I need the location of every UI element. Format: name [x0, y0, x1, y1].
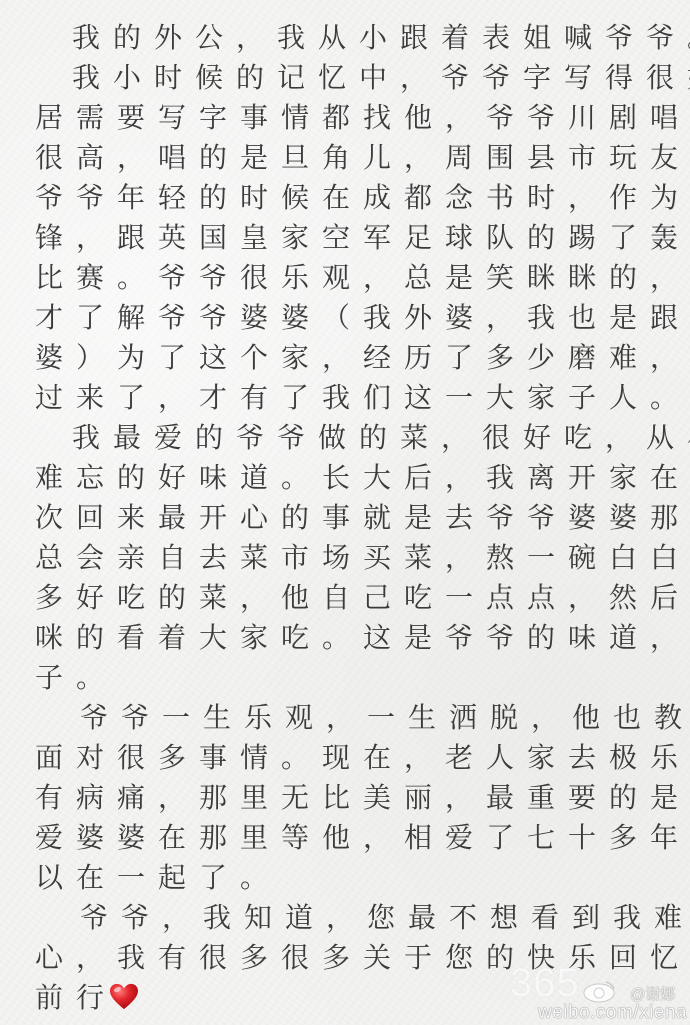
paragraph-2-line-4: 爷爷年轻的时候在成都念书时，作为足球队的前 — [35, 178, 690, 218]
paragraph-3-line-3: 次回来最开心的事就是去爷爷婆婆那里吃饭，爷爷 — [35, 498, 690, 538]
paragraph-3-line-2: 难忘的好味道。长大后，我离开家在外面工作，每 — [35, 458, 690, 498]
paragraph-2-line-2: 居需要写字事情都找他，爷爷川剧唱得很好，嗓子 — [35, 98, 690, 138]
weibo-url: weibo.com/xiena — [538, 1002, 687, 1024]
weibo-handle: @谢娜 — [630, 983, 675, 1004]
paragraph-3-line-6: 咪的看着大家吃。这是爷爷的味道，我会记一辈 — [35, 618, 690, 658]
paragraph-5-line-2: 心，我有很多很多关于您的快乐回忆让我可以温暖 — [35, 938, 690, 978]
note-image: 我的外公，我从小跟着表姐喊爷爷。 我小时候的记忆中，爷爷字写得很好，街坊邻 居需… — [0, 0, 690, 1025]
paragraph-3-line-4: 总会亲自去菜市场买菜，熬一碗白白的鱼汤，做很 — [35, 538, 690, 578]
heart-icon — [109, 983, 139, 1011]
paragraph-5-line-3: 前行 — [35, 978, 139, 1018]
paragraph-4-line-1: 爷爷一生乐观，一生洒脱，他也教我要乐观的 — [80, 698, 690, 738]
paragraph-4-line-3: 有病痛，那里无比美丽，最重要的是，还有我最的 — [35, 778, 690, 818]
paragraph-3-line-7: 子。 — [35, 658, 117, 698]
weibo-eye-icon — [582, 979, 616, 1005]
paragraph-2-line-5: 锋，跟英国皇家空军足球队的踢了轰动全国的精彩 — [35, 218, 690, 258]
paragraph-3-line-5: 多好吃的菜，他自己吃一点点，然后就在旁边笑咪 — [35, 578, 690, 618]
paragraph-4-line-2: 面对很多事情。现在，老人家去极乐世界，那里没 — [35, 738, 690, 778]
paragraph-5-line-3-text: 前行 — [35, 981, 117, 1014]
paragraph-2-line-6: 比赛。爷爷很乐观，总是笑眯眯的，直到这几年我 — [35, 258, 690, 298]
paragraph-2-line-8: 婆）为了这个家，经历了多少磨难，但他们咬牙挺 — [35, 338, 690, 378]
paragraph-1-line-1: 我的外公，我从小跟着表姐喊爷爷。 — [72, 18, 690, 58]
paragraph-4-line-5: 以在一起了。 — [35, 858, 281, 898]
paragraph-2-line-3: 很高，唱的是旦角儿，周围县市玩友都爱听他唱。 — [35, 138, 690, 178]
paragraph-3-line-1: 我最爱的爷爷做的菜，很好吃，从小吃到大都 — [72, 418, 690, 458]
paragraph-2-line-1: 我小时候的记忆中，爷爷字写得很好，街坊邻 — [72, 58, 690, 98]
paragraph-4-line-4: 爱婆婆在那里等他，相爱了七十多年的他们，又可 — [35, 818, 690, 858]
paragraph-2-line-9: 过来了，才有了我们这一大家子人。 — [35, 378, 690, 418]
paragraph-2-line-7: 才了解爷爷婆婆（我外婆，我也是跟着表姐喊婆 — [35, 298, 690, 338]
paragraph-5-line-1: 爷爷，我知道，您最不想看到我难过.........放 — [80, 898, 690, 938]
